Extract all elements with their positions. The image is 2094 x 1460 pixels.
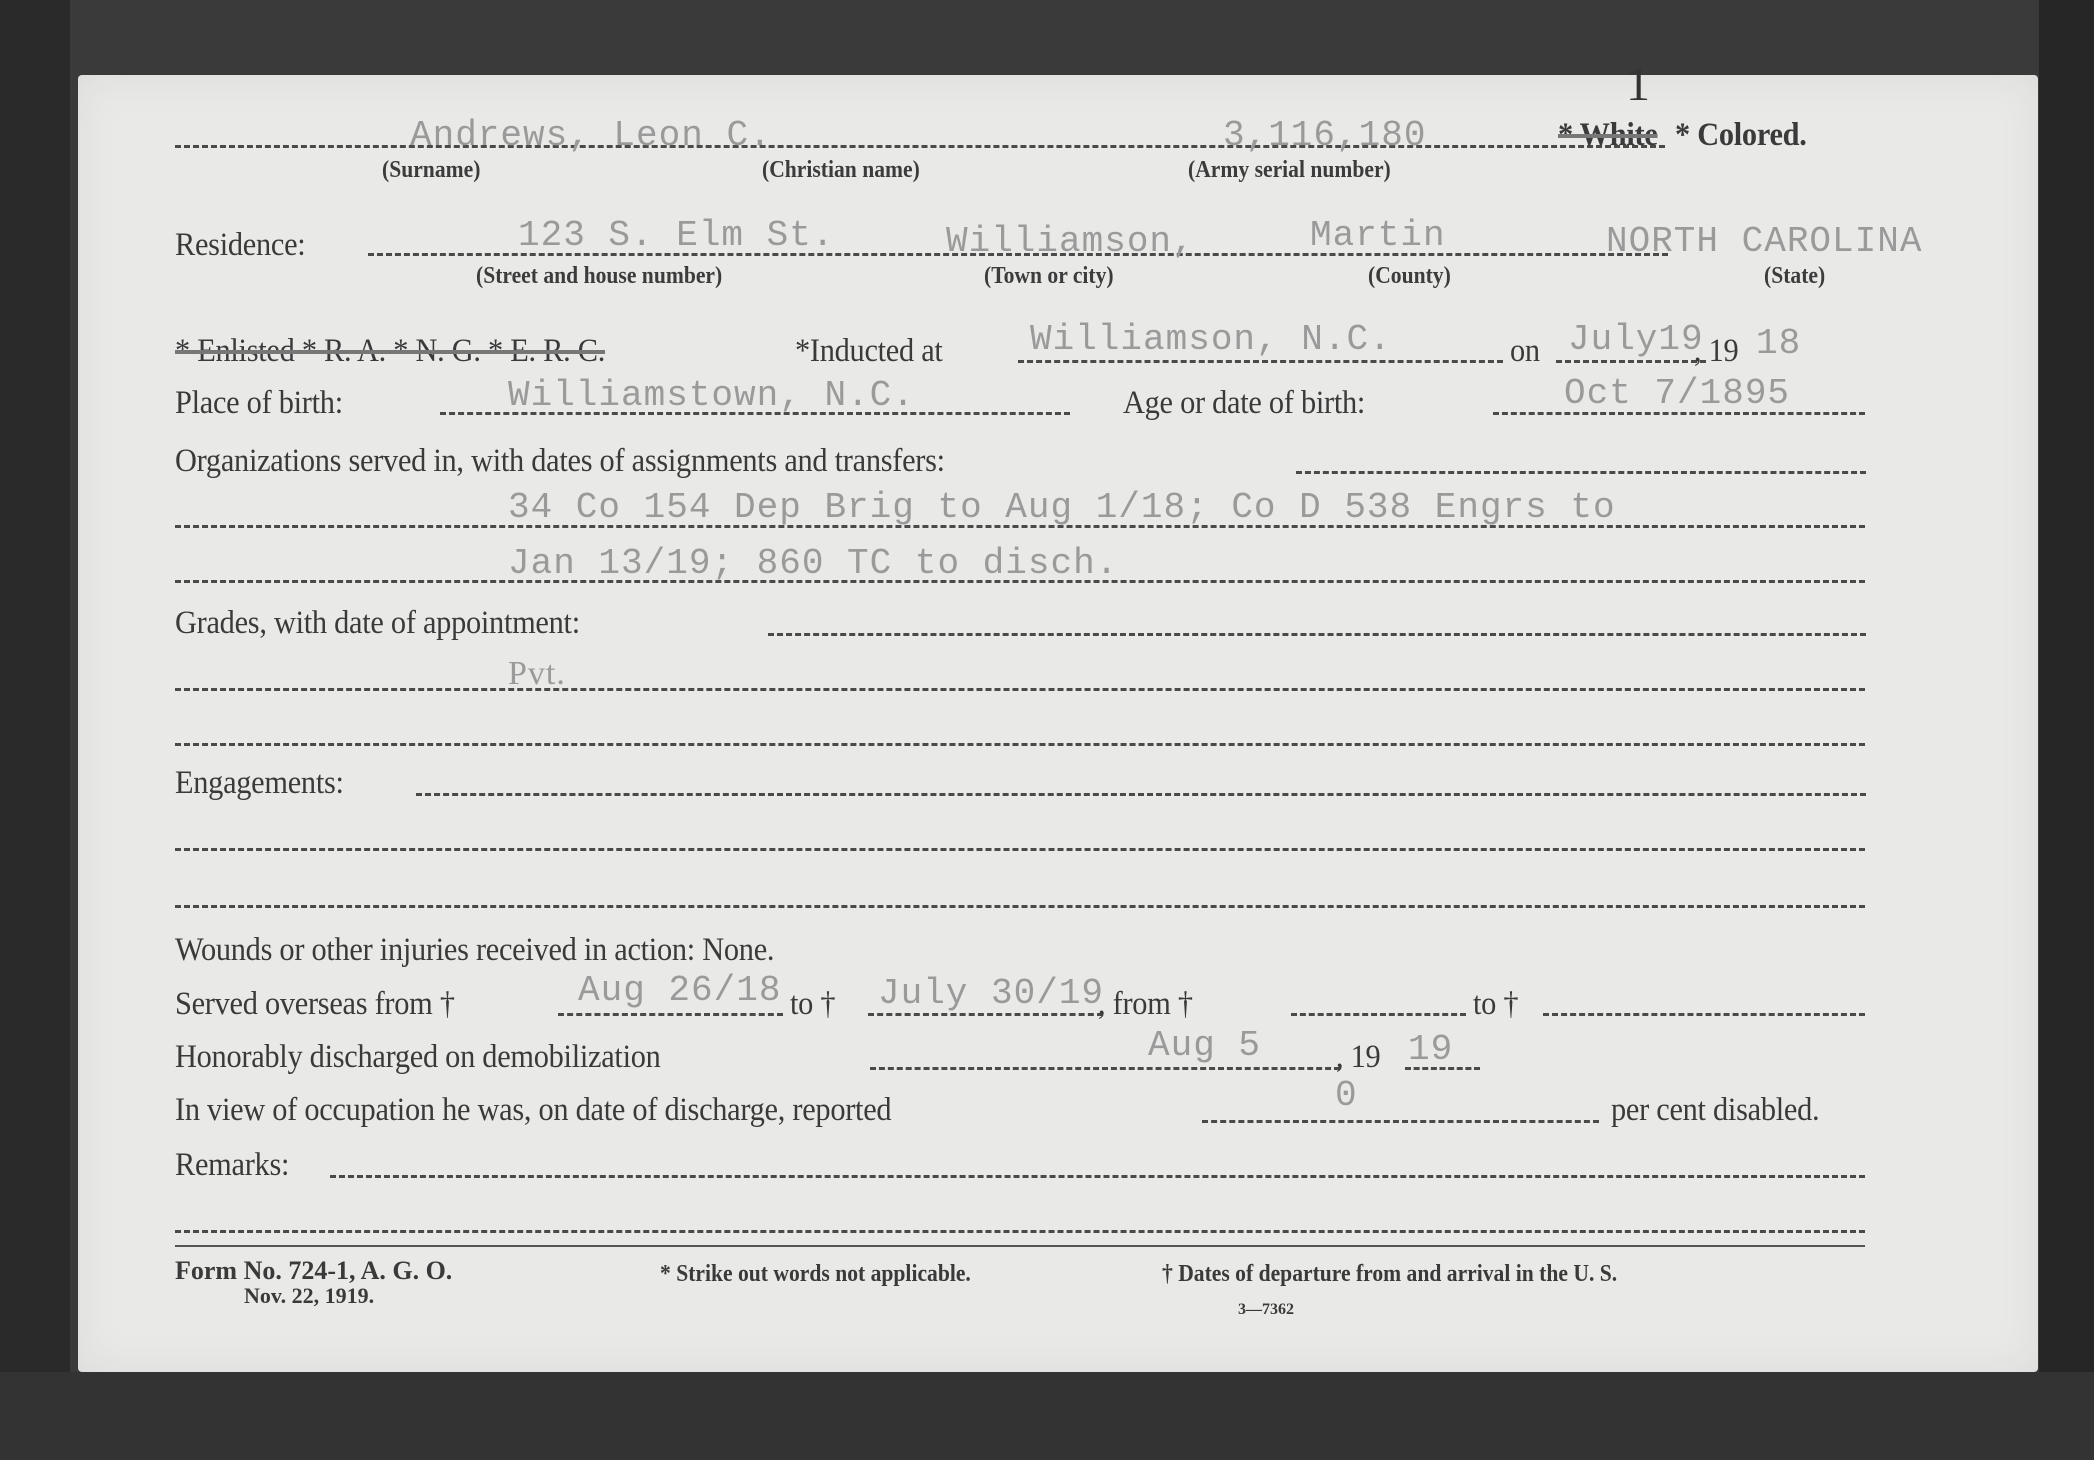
birth-date: Oct 7/1895	[1564, 373, 1790, 414]
inducted-date-line	[1556, 360, 1706, 363]
discharge-year-suffix: 19	[1408, 1029, 1453, 1070]
disability-label: In view of occupation he was, on date of…	[175, 1092, 891, 1129]
dagger-note: † Dates of departure from and arrival in…	[1162, 1261, 1617, 1288]
inducted-at-label: *Inducted at	[795, 333, 943, 370]
overseas-from-line	[558, 1013, 783, 1016]
print-code: 3—7362	[1238, 1301, 1294, 1319]
residence-street: 123 S. Elm St.	[518, 215, 834, 256]
caption-street: (Street and house number)	[476, 263, 722, 290]
remarks-line-1	[175, 1230, 1865, 1233]
disability-percent: 0	[1335, 1075, 1358, 1116]
struck-enlistment-options: * Enlisted * R. A. * N. G. * E. R. C.	[175, 333, 605, 370]
grades-line-1	[175, 688, 1865, 691]
caption-army-serial: (Army serial number)	[1188, 157, 1391, 184]
footer-rule	[175, 1245, 1865, 1247]
caption-county: (County)	[1368, 263, 1451, 290]
caption-town: (Town or city)	[984, 263, 1114, 290]
grades-line-2	[175, 743, 1865, 746]
race-colored: * Colored.	[1675, 117, 1807, 154]
inducted-year-suffix: 18	[1756, 323, 1801, 364]
organizations-entry-2: Jan 13/19; 860 TC to disch.	[508, 543, 1118, 584]
engagements-label: Engagements:	[175, 765, 344, 802]
typed-name: Andrews, Leon C.	[410, 115, 772, 156]
scan-background-bottom	[0, 1372, 2094, 1460]
engagements-line-2	[175, 905, 1865, 908]
grade-value: Pvt.	[508, 655, 566, 693]
overseas-from-label-2: , from †	[1098, 986, 1193, 1023]
service-record-card: 1 Andrews, Leon C. 3,116,180 * White * C…	[78, 75, 2038, 1372]
disability-suffix: per cent disabled.	[1611, 1092, 1819, 1129]
birth-place: Williamstown, N.C.	[508, 375, 915, 416]
inducted-place-line	[1018, 360, 1503, 363]
birth-date-label: Age or date of birth:	[1123, 385, 1365, 422]
card-number-mark: 1	[1626, 57, 1650, 112]
caption-surname: (Surname)	[382, 157, 480, 184]
grades-label: Grades, with date of appointment:	[175, 605, 580, 642]
overseas-to-line-2	[1543, 1013, 1865, 1016]
caption-christian-name: (Christian name)	[762, 157, 920, 184]
remarks-line-0	[330, 1175, 1865, 1178]
engagements-line-0	[416, 793, 1866, 796]
name-line	[175, 145, 1665, 148]
overseas-from-label: Served overseas from †	[175, 986, 455, 1023]
grades-line-0	[768, 633, 1866, 636]
discharge-date-line	[870, 1067, 1340, 1070]
organizations-line-0	[1296, 471, 1866, 474]
residence-state: NORTH CAROLINA	[1606, 221, 1922, 262]
residence-label: Residence:	[175, 227, 305, 264]
form-number: Form No. 724-1, A. G. O.	[175, 1256, 452, 1286]
inducted-place: Williamson, N.C.	[1030, 319, 1392, 360]
scan-background-left	[0, 0, 70, 1460]
form-date: Nov. 22, 1919.	[244, 1283, 374, 1309]
residence-county: Martin	[1310, 215, 1446, 256]
birth-place-label: Place of birth:	[175, 385, 343, 422]
overseas-to-label: to †	[790, 986, 835, 1023]
inducted-year-prefix: , 19	[1694, 333, 1738, 370]
residence-town: Williamson,	[946, 221, 1195, 262]
typed-serial-number: 3,116,180	[1223, 115, 1426, 156]
caption-state: (State)	[1764, 263, 1825, 290]
disability-line	[1202, 1120, 1599, 1123]
engagements-line-1	[175, 848, 1865, 851]
discharge-year-prefix: , 19	[1336, 1039, 1380, 1076]
discharge-date: Aug 5	[1148, 1025, 1261, 1066]
organizations-entry-1: 34 Co 154 Dep Brig to Aug 1/18; Co D 538…	[508, 487, 1616, 528]
overseas-from-line-2	[1291, 1013, 1466, 1016]
remarks-label: Remarks:	[175, 1147, 289, 1184]
inducted-on-label: on	[1510, 333, 1540, 370]
scan-background-right	[2039, 0, 2094, 1460]
organizations-label: Organizations served in, with dates of a…	[175, 443, 945, 480]
overseas-from-date: Aug 26/18	[578, 970, 781, 1011]
discharge-label: Honorably discharged on demobilization	[175, 1039, 661, 1076]
overseas-to-label-2: to †	[1473, 986, 1518, 1023]
strike-out-note: * Strike out words not applicable.	[660, 1261, 971, 1288]
overseas-to-date: July 30/19	[878, 973, 1104, 1014]
inducted-date: July19	[1568, 319, 1704, 360]
race-white-struck: * White	[1558, 117, 1658, 154]
wounds-text: Wounds or other injuries received in act…	[175, 932, 774, 969]
